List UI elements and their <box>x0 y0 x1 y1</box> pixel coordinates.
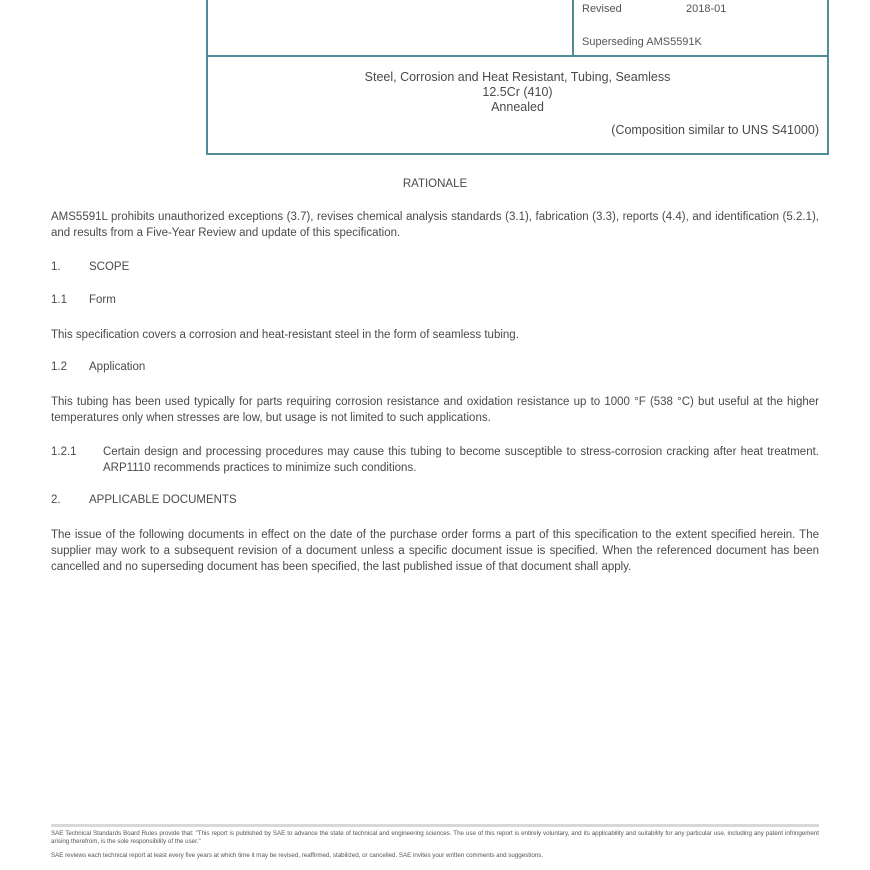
footer-disclaimer-1: SAE Technical Standards Board Rules prov… <box>51 830 819 846</box>
revised-row: Revised2018-01 <box>582 3 726 15</box>
title-line-3: Annealed <box>208 100 827 115</box>
rationale-text: AMS5591L prohibits unauthorized exceptio… <box>51 209 819 241</box>
section-2-heading: 2.APPLICABLE DOCUMENTS <box>51 494 237 506</box>
section-1-2-text: This tubing has been used typically for … <box>51 394 819 426</box>
section-title: APPLICABLE DOCUMENTS <box>89 494 237 506</box>
section-1-heading: 1.SCOPE <box>51 261 129 273</box>
section-1-1-text: This specification covers a corrosion an… <box>51 327 819 343</box>
section-1-2-heading: 1.2Application <box>51 361 145 373</box>
revised-label: Revised <box>582 3 686 15</box>
section-number: 2. <box>51 494 89 506</box>
section-title: SCOPE <box>89 261 129 273</box>
superseding-row: Superseding AMS5591K <box>582 36 702 48</box>
footer-divider <box>51 824 819 827</box>
section-title: Application <box>89 361 145 373</box>
revision-info-cell: Revised2018-01 Superseding AMS5591K <box>572 0 827 55</box>
section-2-text: The issue of the following documents in … <box>51 527 819 575</box>
section-number: 1.1 <box>51 294 89 306</box>
header-top-row: Revised2018-01 Superseding AMS5591K <box>208 0 827 57</box>
revised-value: 2018-01 <box>686 3 726 15</box>
section-number: 1.2 <box>51 361 89 373</box>
composition-note: (Composition similar to UNS S41000) <box>611 123 819 137</box>
section-1-2-1: 1.2.1 Certain design and processing proc… <box>51 444 819 476</box>
superseding-value: AMS5591K <box>646 36 702 48</box>
section-1-2-1-text: Certain design and processing procedures… <box>103 444 819 476</box>
title-line-2: 12.5Cr (410) <box>208 85 827 100</box>
section-number: 1.2.1 <box>51 444 77 460</box>
section-1-1-heading: 1.1Form <box>51 294 116 306</box>
document-header-box: Revised2018-01 Superseding AMS5591K Stee… <box>206 0 829 155</box>
footer-disclaimer-2: SAE reviews each technical report at lea… <box>51 852 819 860</box>
rationale-heading: RATIONALE <box>0 178 870 190</box>
document-title: Steel, Corrosion and Heat Resistant, Tub… <box>208 70 827 115</box>
superseding-label: Superseding <box>582 36 644 48</box>
section-title: Form <box>89 294 116 306</box>
section-number: 1. <box>51 261 89 273</box>
title-line-1: Steel, Corrosion and Heat Resistant, Tub… <box>208 70 827 85</box>
